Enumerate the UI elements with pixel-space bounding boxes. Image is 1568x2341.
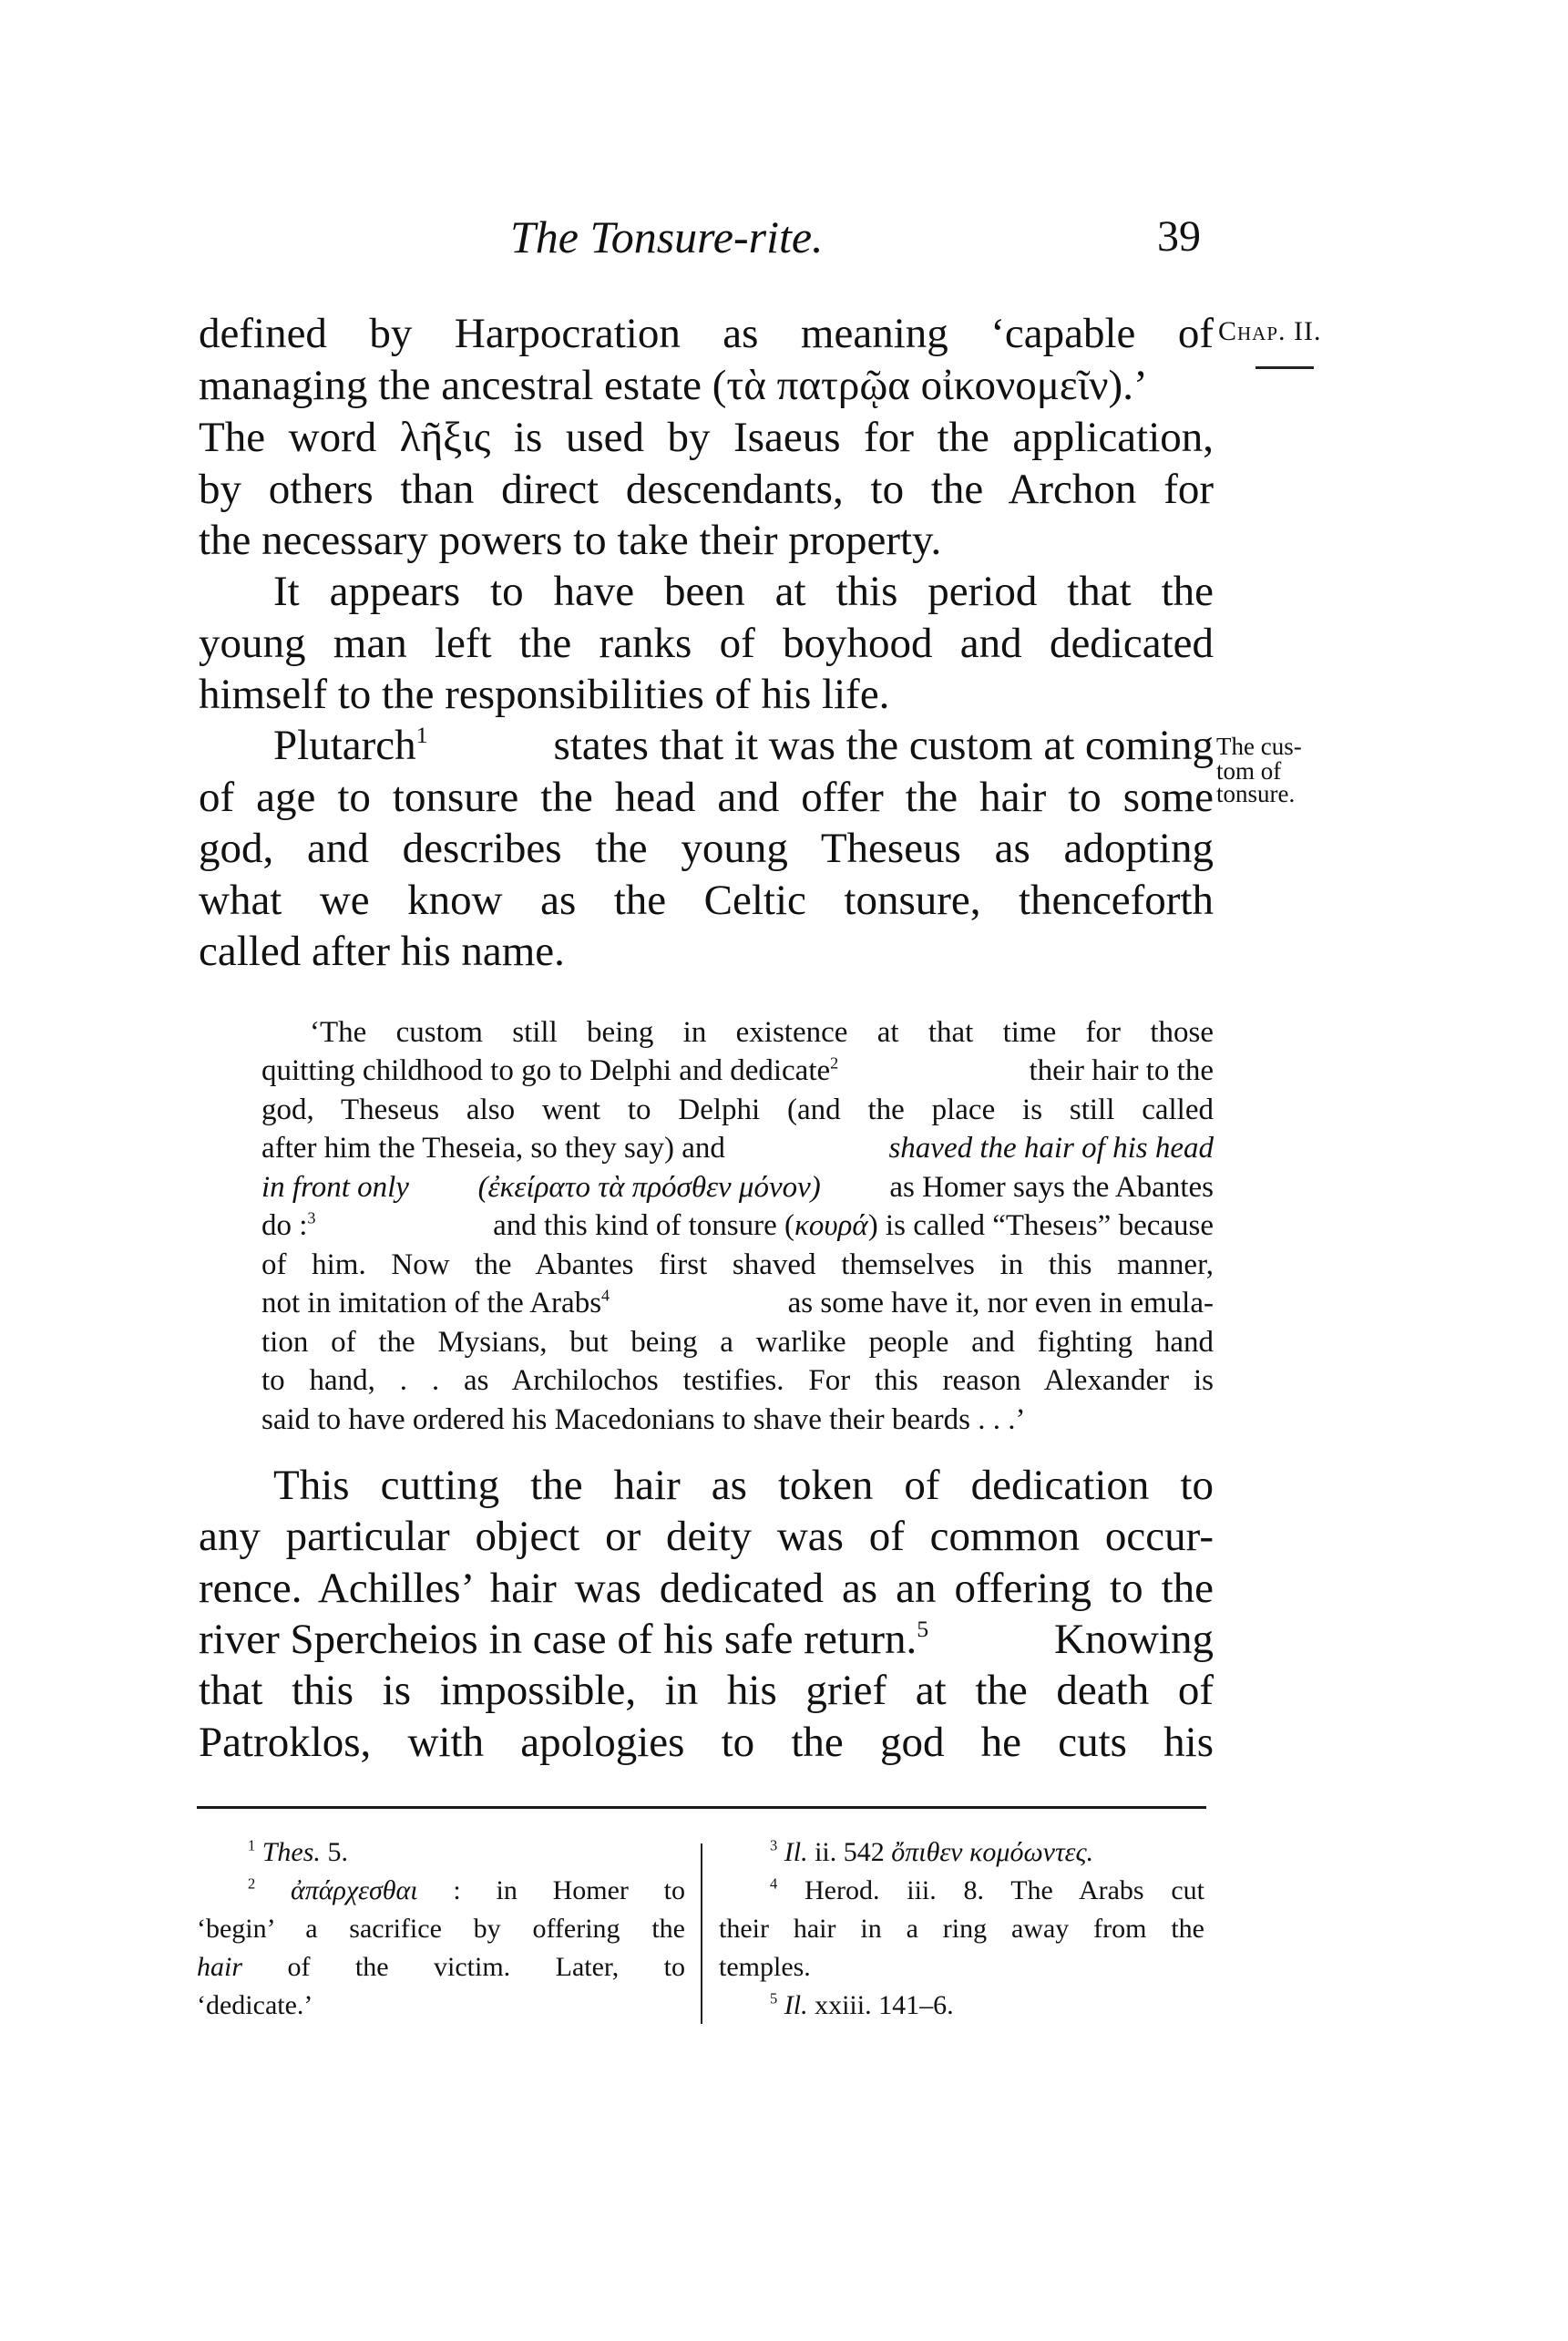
running-title: The Tonsure-rite. [510, 211, 856, 262]
body-text: Knowing [1054, 1614, 1214, 1665]
body-line: that this is impossible, in his grief at… [199, 1665, 1214, 1716]
body-line: called after his name. [199, 926, 1214, 977]
footnote-ref[interactable]: 1 [416, 722, 428, 748]
quote-line: ‘The custom still being in existence at … [310, 1013, 1214, 1052]
footnote-line: their hair in a ring away from the [719, 1910, 1204, 1948]
body-line: Plutarch1 states that it was the custom … [273, 720, 1214, 771]
body-line: defined by Harpocration as meaning ‘capa… [199, 308, 1214, 359]
quote-emphasis: in front only [261, 1168, 409, 1206]
body-line: any particular object or deity was of co… [199, 1511, 1214, 1562]
chapter-label: Chap. II. [1218, 310, 1322, 354]
quote-text: as Homer says the Abantes [889, 1168, 1214, 1206]
footnote-line: ‘dedicate.’ [197, 1987, 685, 2025]
quote-text: after him the Theseia, so they say) and [261, 1129, 725, 1167]
body-line: rence. Achilles’ hair was dedicated as a… [199, 1563, 1214, 1614]
footnote-rule [197, 1806, 1206, 1809]
quote-text: do :3 [261, 1206, 316, 1245]
quote-line: tion of the Mysians, but being a warlike… [261, 1323, 1214, 1361]
quote-text: quitting childhood to go to Delphi and d… [261, 1052, 838, 1090]
footnote-4: 4 Herod. iii. 8. The Arabs cut [770, 1872, 1204, 1910]
page-number: 39 [1157, 211, 1201, 262]
margin-note-line: The cus- [1216, 734, 1302, 759]
body-text: river Spercheios in case of his safe ret… [199, 1614, 928, 1665]
body-line: This cutting the hair as token of dedica… [273, 1460, 1214, 1511]
greek-text: κουρά [794, 1209, 868, 1242]
footnote-2: 2 ἀπάρχεσθαι : in Homer to [248, 1872, 685, 1910]
body-line: river Spercheios in case of his safe ret… [199, 1614, 1214, 1665]
footnote-5: 5 Il. xxiii. 141–6. [770, 1987, 1204, 2025]
footnote-line: temples. [719, 1948, 1204, 1987]
body-line: god, and describes the young Theseus as … [199, 823, 1214, 874]
quote-text: not in imitation of the Arabs4 [261, 1284, 610, 1322]
greek-text: (ἐκείρατο τὰ πρόσθεν μόνον) [478, 1168, 821, 1206]
quote-text: as some have it, nor even in emula- [788, 1284, 1214, 1322]
margin-note-line: tonsure. [1216, 782, 1295, 806]
quote-line: said to have ordered his Macedonians to … [261, 1401, 1214, 1439]
body-text: Plutarch1 [273, 720, 428, 771]
quote-line: quitting childhood to go to Delphi and d… [261, 1052, 1214, 1090]
book-page: The Tonsure-rite. 39 Chap. II. defined b… [0, 0, 1568, 2341]
body-line: the necessary powers to take their prope… [199, 515, 1214, 566]
footnote-ref[interactable]: 2 [830, 1053, 838, 1072]
body-line: himself to the responsibilities of his l… [199, 669, 1214, 720]
quote-line: of him. Now the Abantes first shaved the… [261, 1246, 1214, 1284]
quote-line: do :3 and this kind of tonsure (κουρά) i… [261, 1206, 1214, 1245]
body-line: Patroklos, with apologies to the god he … [199, 1717, 1214, 1768]
footnote-3: 3 Il. ii. 542 ὄπιθεν κομόωντες. [770, 1833, 1204, 1872]
quote-line: in front only (ἐκείρατο τὰ πρόσθεν μόνον… [261, 1168, 1214, 1206]
body-line: what we know as the Celtic tonsure, then… [199, 875, 1214, 926]
body-line: by others than direct descendants, to th… [199, 464, 1214, 515]
footnote-column-divider [701, 1843, 702, 2024]
quote-emphasis: shaved the hair of his head [888, 1129, 1214, 1167]
body-line: managing the ancestral estate (τὰ πατρῷα… [199, 360, 1000, 411]
quote-line: after him the Theseia, so they say) and … [261, 1129, 1214, 1167]
quote-text: their hair to the [1029, 1052, 1214, 1090]
quote-line: god, Theseus also went to Delphi (and th… [261, 1091, 1214, 1129]
chapter-dash-divider [1255, 366, 1314, 369]
footnote-ref[interactable]: 5 [917, 1616, 928, 1642]
quote-text: and this kind of tonsure (κουρά) is call… [493, 1206, 1214, 1245]
quote-line: to hand, . . as Archilochos testifies. F… [261, 1361, 1214, 1400]
quote-line: not in imitation of the Arabs4 as some h… [261, 1284, 1214, 1322]
body-line: It appears to have been at this period t… [273, 566, 1214, 617]
body-text: states that it was the custom at coming [554, 720, 1214, 771]
body-line: young man left the ranks of boyhood and … [199, 618, 1214, 669]
footnote-ref[interactable]: 3 [307, 1208, 315, 1227]
body-line: of age to tonsure the head and offer the… [199, 772, 1214, 823]
footnote-1: 1 Thes. 5. [248, 1833, 685, 1872]
footnote-line: hair of the victim. Later, to [197, 1948, 685, 1987]
footnote-ref[interactable]: 4 [601, 1286, 610, 1304]
body-line: The word λῆξις is used by Isaeus for the… [199, 412, 1214, 463]
footnote-line: ‘begin’ a sacrifice by offering the [197, 1910, 685, 1948]
